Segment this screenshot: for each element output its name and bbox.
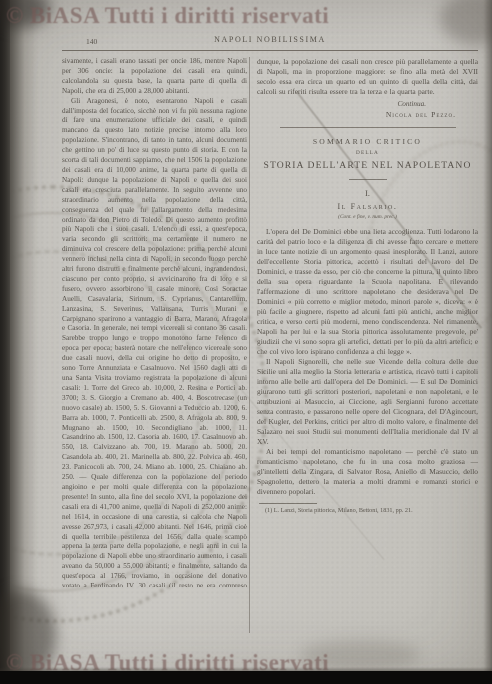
left-text-column: sivamente, i casali erano tassati per on… <box>62 57 247 587</box>
footnote: (1) L. Lanzi, Storia pittorica, Milano, … <box>257 507 478 515</box>
chapter-numeral: I. <box>257 189 478 198</box>
author-signature: Nicola del Pezzo. <box>257 110 478 119</box>
scan-edge-right <box>483 0 492 684</box>
article-body: L'opera del De Dominici ebbe una lieta a… <box>257 227 478 497</box>
continuation-note: (Cont. e fine, v. num. prec.) <box>257 214 478 220</box>
section-separator-rule <box>280 127 456 128</box>
column-divider-rule <box>249 57 250 633</box>
right-text-column: dunque, la popolazione dei casali non cr… <box>257 57 478 635</box>
scanned-page: 140 NAPOLI NOBILISSIMA sivamente, i casa… <box>0 0 492 684</box>
journal-title: NAPOLI NOBILISSIMA <box>62 35 478 44</box>
chapter-title: Il Falsario. <box>257 202 478 211</box>
paragraph: Gli Aragonesi, è noto, esentarono Napoli… <box>62 97 247 587</box>
paragraph: sivamente, i casali erano tassati per on… <box>62 57 247 97</box>
paragraph: Il Napoli Signorelli, che nelle sue Vice… <box>257 357 478 447</box>
header-rule <box>62 50 478 51</box>
section-main-title: STORIA DELL'ARTE NEL NAPOLETANO <box>257 160 478 171</box>
scan-edge-left-dark <box>0 0 10 684</box>
decorative-rule <box>349 179 387 180</box>
scan-edge-bottom-bar <box>0 671 492 684</box>
article-closing-paragraph: dunque, la popolazione dei casali non cr… <box>257 57 478 97</box>
section-subtitle: DELLA <box>257 150 478 156</box>
paper-background: 140 NAPOLI NOBILISSIMA sivamente, i casa… <box>0 0 492 684</box>
continua-label: Continua. <box>257 100 478 108</box>
section-title: SOMMARIO CRITICO <box>257 137 478 146</box>
paragraph: Ai bei tempi del romanticismo napoletano… <box>257 447 478 497</box>
copyright-watermark-top: © BiASA Tutti i diritti riservati <box>6 3 329 29</box>
paragraph: L'opera del De Dominici ebbe una lieta a… <box>257 227 478 357</box>
footnote-rule <box>259 503 317 504</box>
